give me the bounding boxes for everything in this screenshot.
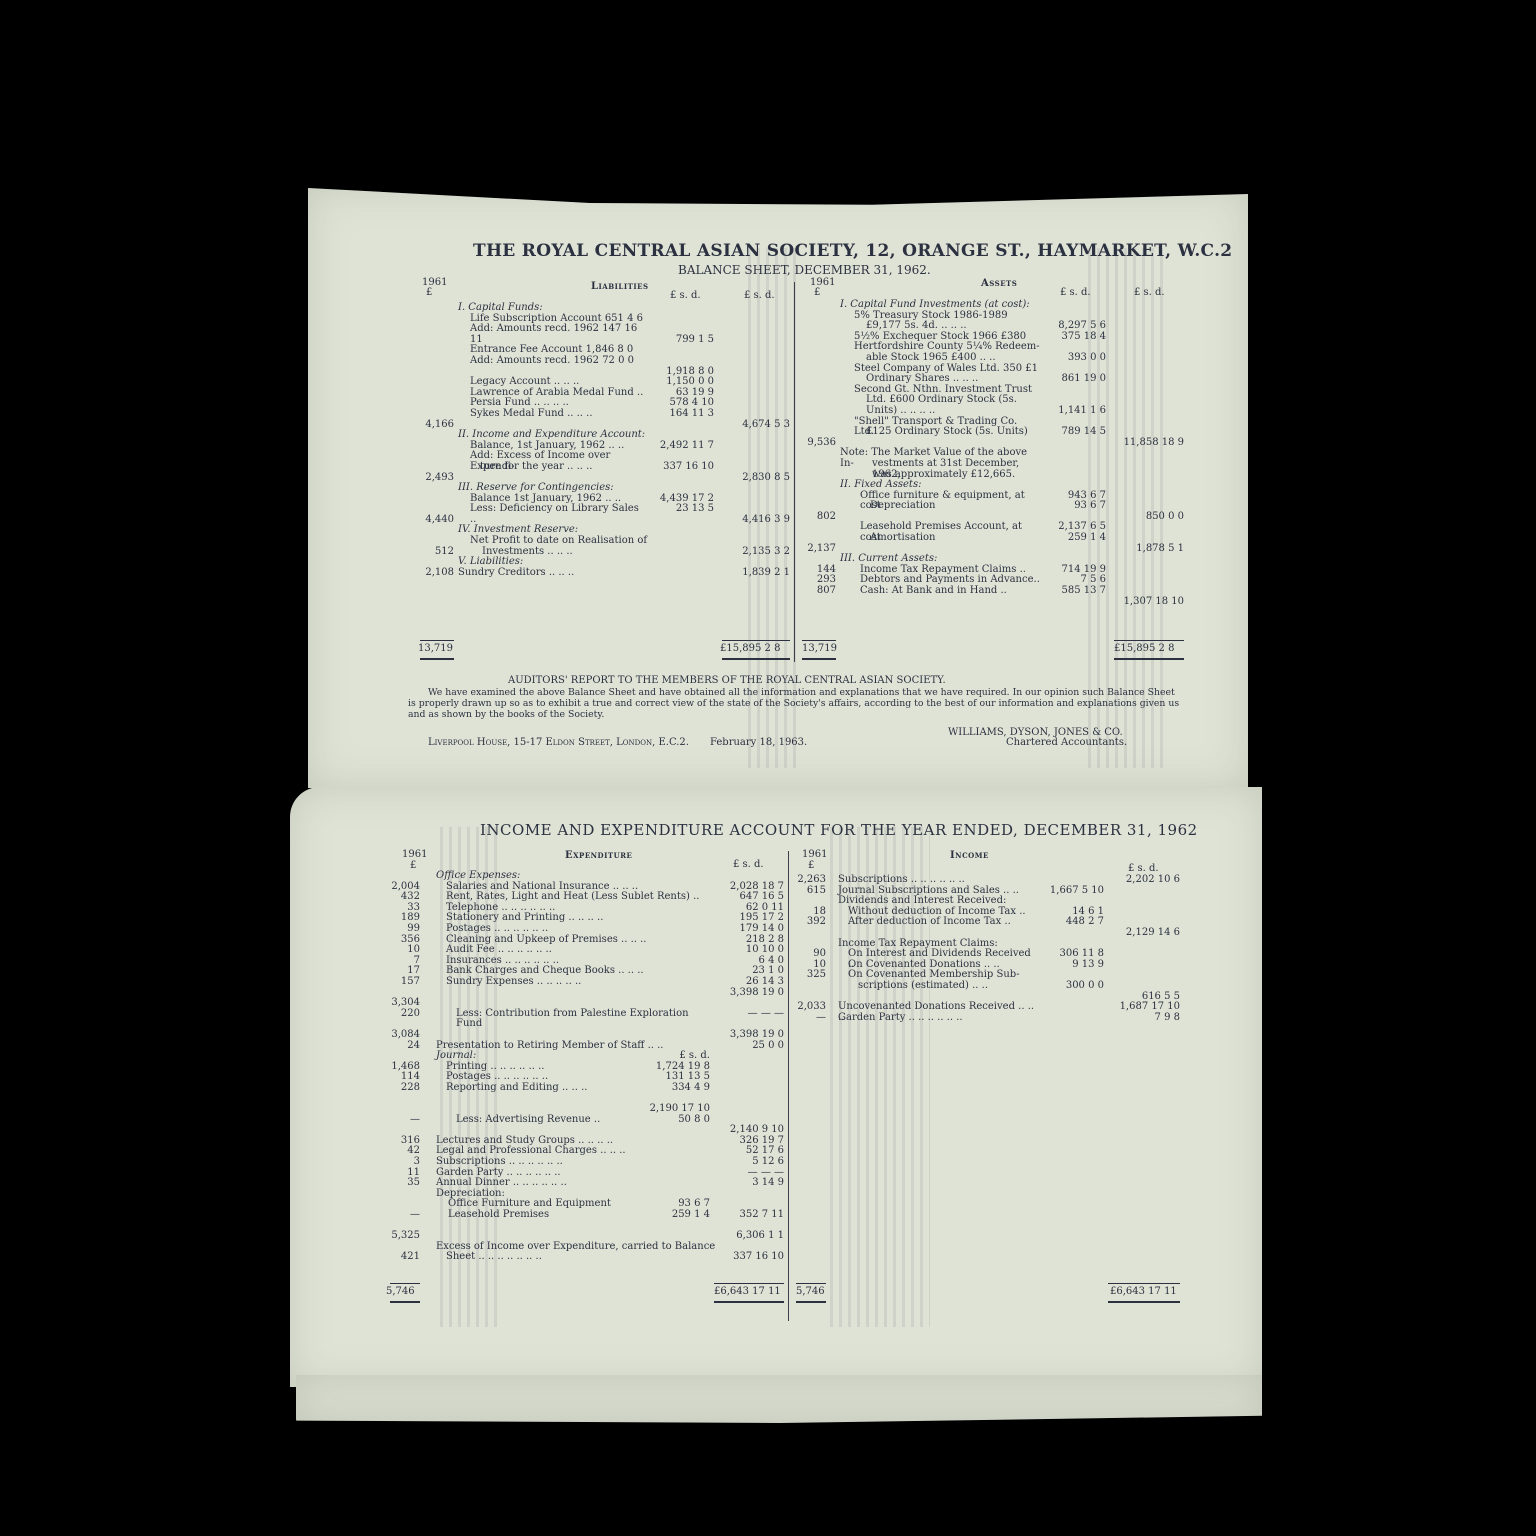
assets-totals: 11,858 18 9850 0 01,878 5 11,307 18 10 [1108, 300, 1184, 607]
expenditure-currency: £ [410, 861, 416, 872]
lsd-header: £ s. d. [1134, 288, 1165, 299]
assets-sub-amounts: 8,297 5 6375 18 4393 0 0861 19 01,141 1 … [1038, 300, 1106, 607]
expenditure-year-header: 1961 [402, 850, 427, 861]
expenditure-grand-total: £6,643 17 11 [714, 1287, 781, 1298]
expenditure-1961-total: 5,746 [386, 1287, 415, 1298]
income-1961-column: 2,2636151839290103252,033— [790, 875, 826, 1023]
income-currency: £ [808, 861, 814, 872]
balance-sheet-subtitle: BALANCE SHEET, DECEMBER 31, 1962. [678, 263, 931, 277]
auditors-text: and as shown by the books of the Society… [408, 710, 604, 721]
column-divider [788, 851, 789, 1321]
lsd-header: £ s. d. [1060, 288, 1091, 299]
assets-text-column: I. Capital Fund Investments (at cost):5%… [840, 300, 1040, 607]
balance-sheet-page: THE ROYAL CENTRAL ASIAN SOCIETY, 12, ORA… [308, 188, 1248, 788]
lsd-header: £ s. d. [744, 291, 775, 302]
lsd-header: £ s. d. [670, 291, 701, 302]
column-divider [794, 282, 795, 662]
assets-grand-total: £15,895 2 8 [1114, 644, 1174, 655]
underlying-page-edge [296, 1375, 1262, 1423]
society-title: THE ROYAL CENTRAL ASIAN SOCIETY, 12, ORA… [473, 241, 1232, 261]
income-sub-amounts: 1,667 5 1014 6 1448 2 7306 11 89 13 9300… [1034, 875, 1104, 1023]
income-1961-total: 5,746 [796, 1287, 825, 1298]
liabilities-sub-amounts: 799 1 51,918 8 01,150 0 063 19 9578 4 10… [648, 303, 714, 578]
income-expenditure-page: INCOME AND EXPENDITURE ACCOUNT FOR THE Y… [290, 787, 1262, 1387]
auditors-firm-sub: Chartered Accountants. [1006, 738, 1127, 749]
liabilities-1961-total: 13,719 [418, 644, 453, 655]
auditors-text: We have examined the above Balance Sheet… [428, 688, 1175, 699]
expenditure-sub-amounts: £ s. d.1,724 19 8131 13 5334 4 92,190 17… [630, 871, 710, 1263]
income-expenditure-title: INCOME AND EXPENDITURE ACCOUNT FOR THE Y… [480, 821, 1198, 839]
income-text-column: Subscriptions .. .. .. .. .. ..Journal S… [838, 875, 1038, 1023]
auditors-heading: AUDITORS' REPORT TO THE MEMBERS OF THE R… [508, 676, 946, 687]
assets-1961-total: 13,719 [802, 644, 837, 655]
income-year-header: 1961 [802, 850, 827, 861]
income-totals: 2,202 10 62,129 14 6616 5 51,687 17 107 … [1100, 875, 1180, 1023]
expenditure-header: Expenditure [565, 850, 632, 861]
lsd-header: £ s. d. [1128, 864, 1159, 875]
auditors-text: is properly drawn up so as to exhibit a … [408, 699, 1179, 710]
income-header: Income [950, 850, 989, 861]
auditors-address: Liverpool House, 15-17 Eldon Street, Lon… [428, 738, 689, 749]
assets-currency: £ [814, 288, 820, 299]
lsd-header: £ s. d. [733, 860, 764, 871]
income-grand-total: £6,643 17 11 [1110, 1287, 1177, 1298]
liabilities-1961-column: 4,1662,4934,4405122,108 [414, 303, 454, 578]
liabilities-grand-total: £15,895 2 8 [720, 644, 780, 655]
expenditure-totals: 2,028 18 7647 16 562 0 11195 17 2179 14 … [714, 871, 784, 1263]
liabilities-text-column: I. Capital Funds:Life Subscription Accou… [458, 303, 648, 578]
expenditure-1961-column: 2,0044323318999356107171573,3042203,0842… [382, 871, 420, 1263]
liabilities-currency: £ [426, 288, 432, 299]
liabilities-header: Liabilities [591, 281, 649, 292]
auditors-date: February 18, 1963. [710, 738, 807, 749]
assets-header: Assets [981, 278, 1017, 289]
liabilities-totals: 4,674 5 32,830 8 54,416 3 92,135 3 21,83… [718, 303, 790, 578]
assets-1961-column: 9,5368022,137144293807 [798, 300, 836, 607]
